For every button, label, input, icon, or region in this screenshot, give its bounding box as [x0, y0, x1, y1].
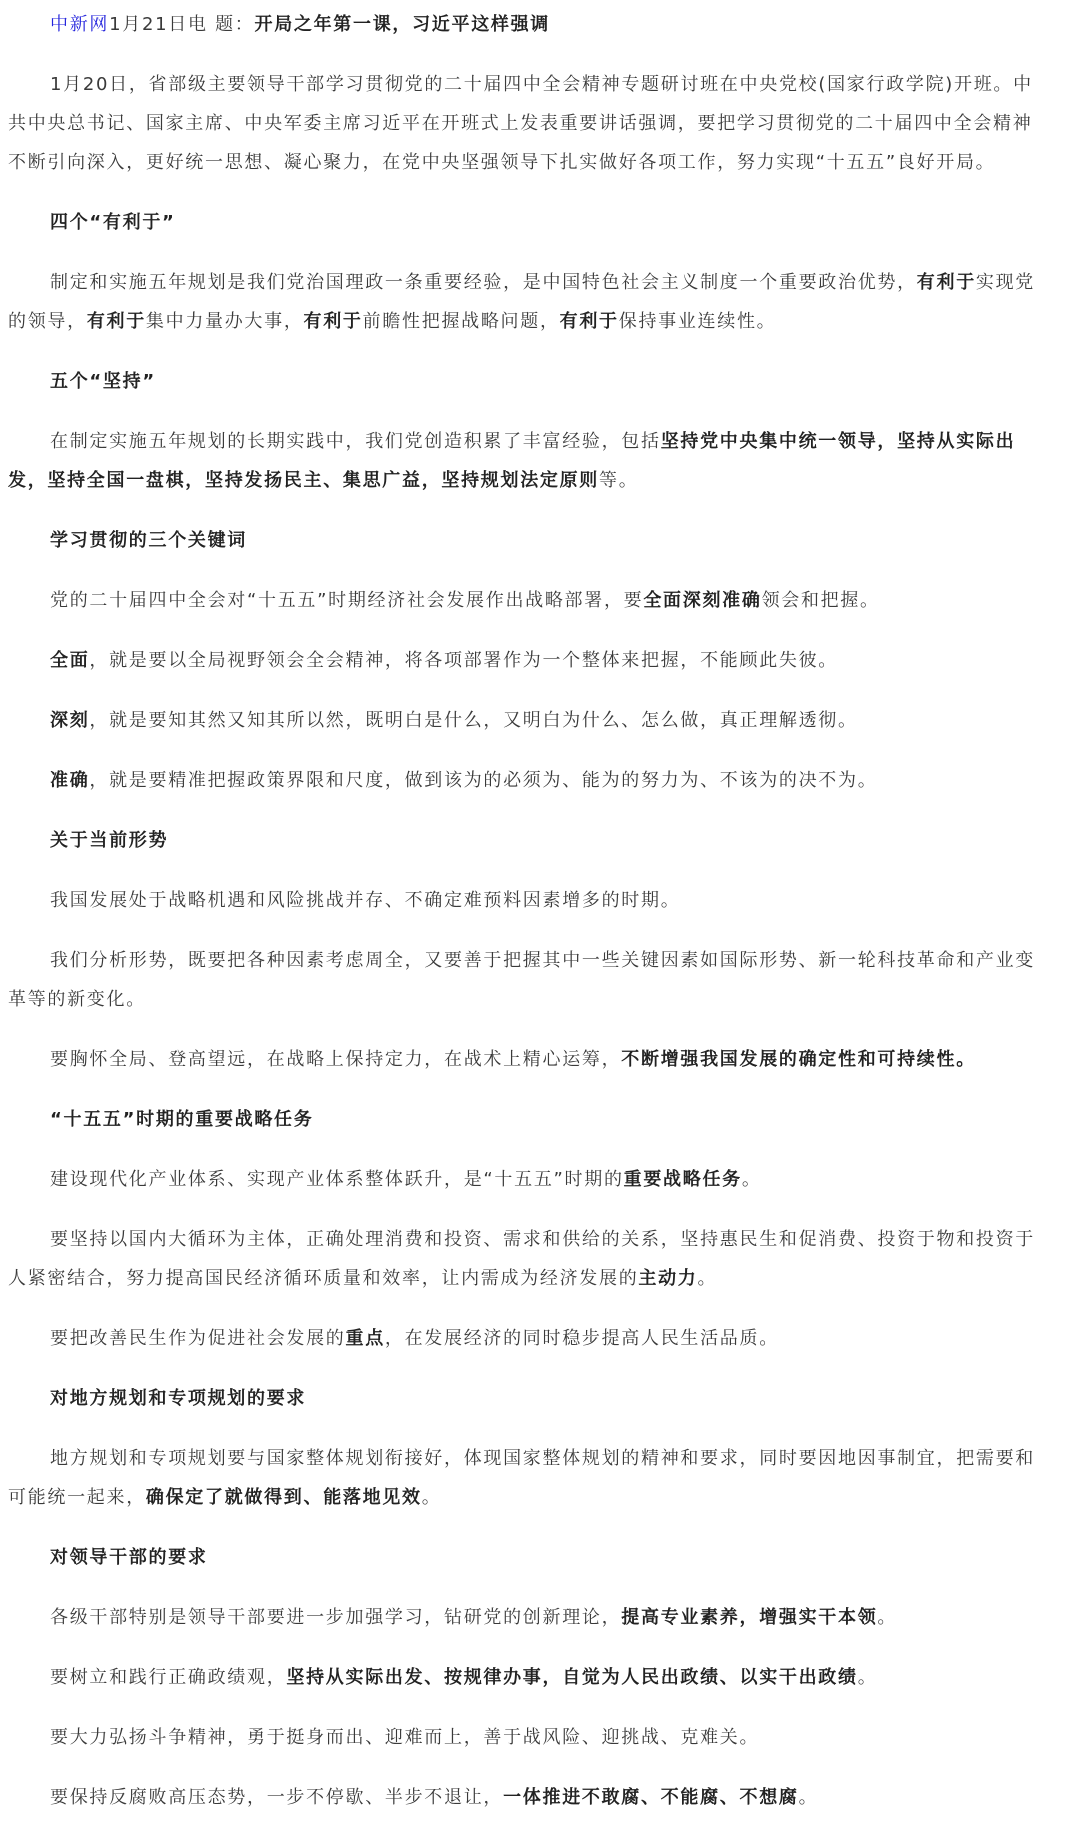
- bold-text: 有利于: [917, 272, 976, 293]
- text-line: 各级干部特别是领导干部要进一步加强学习，钻研党的创新理论，提高专业素养，增强实干…: [8, 1598, 1068, 1637]
- text-run: 保持事业连续性。: [619, 311, 777, 332]
- text-run: ，就是要精准把握政策界限和尺度，做到该为的必须为、能为的努力为、不该为的决不为。: [89, 770, 877, 791]
- text-line: 在制定实施五年规划的长期实践中，我们党创造积累了丰富经验，包括坚持党中央集中统一…: [8, 422, 1068, 461]
- section-heading: 对领导干部的要求: [8, 1538, 1068, 1577]
- text-run: 对地方规划和专项规划的要求: [50, 1388, 306, 1409]
- text-run: “十五五”时期的重要战略任务: [50, 1109, 313, 1130]
- paragraph: 地方规划和专项规划要与国家整体规划衔接好，体现国家整体规划的精神和要求，同时要因…: [8, 1439, 1068, 1517]
- section-heading: 对地方规划和专项规划的要求: [8, 1379, 1068, 1418]
- text-run: 。: [742, 1169, 762, 1190]
- text-run: 可能统一起来，: [8, 1487, 146, 1508]
- dateline-line: 中新网1月21日电 题：开局之年第一课，习近平这样强调: [8, 5, 1068, 44]
- text-run: 党的二十届四中全会对“十五五”时期经济社会发展作出战略部署，要: [50, 590, 643, 611]
- text-line: 我们分析形势，既要把各种因素考虑周全，又要善于把握其中一些关键因素如国际形势、新…: [8, 941, 1068, 980]
- text-run: 实现党: [976, 272, 1035, 293]
- text-line: 要保持反腐败高压态势，一步不停歇、半步不退让，一体推进不敢腐、不能腐、不想腐。: [8, 1778, 1068, 1817]
- text-run: 我们分析形势，既要把各种因素考虑周全，又要善于把握其中一些关键因素如国际形势、新…: [50, 950, 1035, 971]
- text-run: 要保持反腐败高压态势，一步不停歇、半步不退让，: [50, 1787, 503, 1808]
- text-run: 1月20日，省部级主要领导干部学习贯彻党的二十届四中全会精神专题研讨班在中央党校…: [50, 74, 1033, 95]
- paragraph: 要树立和践行正确政绩观，坚持从实际出发、按规律办事，自觉为人民出政绩、以实干出政…: [8, 1658, 1068, 1697]
- paragraph: 要坚持以国内大循环为主体，正确处理消费和投资、需求和供给的关系，坚持惠民生和促消…: [8, 1220, 1068, 1298]
- text-line: 党的二十届四中全会对“十五五”时期经济社会发展作出战略部署，要全面深刻准确领会和…: [8, 581, 1068, 620]
- bold-text: 不断增强我国发展的确定性和可持续性。: [621, 1049, 976, 1070]
- paragraph: 1月20日，省部级主要领导干部学习贯彻党的二十届四中全会精神专题研讨班在中央党校…: [8, 65, 1068, 182]
- article-title: 开局之年第一课，习近平这样强调: [255, 14, 551, 35]
- paragraph: 建设现代化产业体系、实现产业体系整体跃升，是“十五五”时期的重要战略任务。: [8, 1160, 1068, 1199]
- text-run: 在制定实施五年规划的长期实践中，我们党创造积累了丰富经验，包括: [50, 431, 661, 452]
- text-run: 前瞻性把握战略问题，: [363, 311, 560, 332]
- text-run: 要胸怀全局、登高望远，在战略上保持定力，在战术上精心运筹，: [50, 1049, 621, 1070]
- paragraph: 要保持反腐败高压态势，一步不停歇、半步不退让，一体推进不敢腐、不能腐、不想腐。: [8, 1778, 1068, 1817]
- text-run: 地方规划和专项规划要与国家整体规划衔接好，体现国家整体规划的精神和要求，同时要因…: [50, 1448, 1035, 1469]
- bold-text: 重要战略任务: [624, 1169, 742, 1190]
- text-line: 对地方规划和专项规划的要求: [8, 1379, 1068, 1418]
- bold-text: 重点: [346, 1328, 385, 1349]
- text-line: 对领导干部的要求: [8, 1538, 1068, 1577]
- text-run: 要把改善民生作为促进社会发展的: [50, 1328, 346, 1349]
- text-line: 关于当前形势: [8, 821, 1068, 860]
- text-run: 要坚持以国内大循环为主体，正确处理消费和投资、需求和供给的关系，坚持惠民生和促消…: [50, 1229, 1035, 1250]
- text-line: 要大力弘扬斗争精神，勇于挺身而出、迎难而上，善于战风险、迎挑战、克难关。: [8, 1718, 1068, 1757]
- bold-text: 全面: [50, 650, 89, 671]
- text-line: 准确，就是要精准把握政策界限和尺度，做到该为的必须为、能为的努力为、不该为的决不…: [8, 761, 1068, 800]
- bold-text: 确保定了就做得到、能落地见效: [146, 1487, 422, 1508]
- text-run: 要树立和践行正确政绩观，: [50, 1667, 286, 1688]
- text-line: 革等的新变化。: [8, 980, 1068, 1019]
- text-line: “十五五”时期的重要战略任务: [8, 1100, 1068, 1139]
- section-heading: 五个“坚持”: [8, 362, 1068, 401]
- paragraph: 深刻，就是要知其然又知其所以然，既明白是什么，又明白为什么、怎么做，真正理解透彻…: [8, 701, 1068, 740]
- text-run: 四个“有利于”: [50, 212, 176, 233]
- paragraph: 要把改善民生作为促进社会发展的重点，在发展经济的同时稳步提高人民生活品质。: [8, 1319, 1068, 1358]
- text-line: 建设现代化产业体系、实现产业体系整体跃升，是“十五五”时期的重要战略任务。: [8, 1160, 1068, 1199]
- bold-text: 一体推进不敢腐、不能腐、不想腐: [503, 1787, 799, 1808]
- text-run: 等。: [599, 470, 638, 491]
- dateline-date: 1月21日电 题：: [109, 14, 254, 35]
- text-line: 要坚持以国内大循环为主体，正确处理消费和投资、需求和供给的关系，坚持惠民生和促消…: [8, 1220, 1068, 1259]
- section-heading: “十五五”时期的重要战略任务: [8, 1100, 1068, 1139]
- text-line: 要胸怀全局、登高望远，在战略上保持定力，在战术上精心运筹，不断增强我国发展的确定…: [8, 1040, 1068, 1079]
- text-line: 我国发展处于战略机遇和风险挑战并存、不确定难预料因素增多的时期。: [8, 881, 1068, 920]
- text-run: 领会和把握。: [762, 590, 880, 611]
- text-line: 四个“有利于”: [8, 203, 1068, 242]
- bold-text: 发，坚持全国一盘棋，坚持发扬民主、集思广益，坚持规划法定原则: [8, 470, 599, 491]
- text-run: 。: [422, 1487, 442, 1508]
- bold-text: 准确: [50, 770, 89, 791]
- text-run: 。: [799, 1787, 819, 1808]
- section-heading: 四个“有利于”: [8, 203, 1068, 242]
- bold-text: 有利于: [560, 311, 619, 332]
- text-line: 五个“坚持”: [8, 362, 1068, 401]
- text-run: 的领导，: [8, 311, 87, 332]
- text-run: 各级干部特别是领导干部要进一步加强学习，钻研党的创新理论，: [50, 1607, 621, 1628]
- bold-text: 坚持从实际出发、按规律办事，自觉为人民出政绩、以实干出政绩: [286, 1667, 857, 1688]
- text-line: 的领导，有利于集中力量办大事，有利于前瞻性把握战略问题，有利于保持事业连续性。: [8, 302, 1068, 341]
- text-line: 全面，就是要以全局视野领会全会精神，将各项部署作为一个整体来把握，不能顾此失彼。: [8, 641, 1068, 680]
- text-run: 制定和实施五年规划是我们党治国理政一条重要经验，是中国特色社会主义制度一个重要政…: [50, 272, 917, 293]
- text-line: 发，坚持全国一盘棋，坚持发扬民主、集思广益，坚持规划法定原则等。: [8, 461, 1068, 500]
- text-run: 我国发展处于战略机遇和风险挑战并存、不确定难预料因素增多的时期。: [50, 890, 680, 911]
- text-line: 可能统一起来，确保定了就做得到、能落地见效。: [8, 1478, 1068, 1517]
- text-run: 人紧密结合，努力提高国民经济循环质量和效率，让内需成为经济发展的: [8, 1268, 638, 1289]
- text-line: 深刻，就是要知其然又知其所以然，既明白是什么，又明白为什么、怎么做，真正理解透彻…: [8, 701, 1068, 740]
- text-run: 集中力量办大事，: [146, 311, 304, 332]
- text-line: 制定和实施五年规划是我们党治国理政一条重要经验，是中国特色社会主义制度一个重要政…: [8, 263, 1068, 302]
- article-paragraphs: 1月20日，省部级主要领导干部学习贯彻党的二十届四中全会精神专题研讨班在中央党校…: [8, 65, 1068, 1817]
- text-run: 。: [858, 1667, 878, 1688]
- bold-text: 主动力: [638, 1268, 697, 1289]
- text-line: 地方规划和专项规划要与国家整体规划衔接好，体现国家整体规划的精神和要求，同时要因…: [8, 1439, 1068, 1478]
- paragraph: 我们分析形势，既要把各种因素考虑周全，又要善于把握其中一些关键因素如国际形势、新…: [8, 941, 1068, 1019]
- text-line: 不断引向深入，更好统一思想、凝心聚力，在党中央坚强领导下扎实做好各项工作，努力实…: [8, 143, 1068, 182]
- paragraph: 准确，就是要精准把握政策界限和尺度，做到该为的必须为、能为的努力为、不该为的决不…: [8, 761, 1068, 800]
- section-heading: 学习贯彻的三个关键词: [8, 521, 1068, 560]
- text-run: ，就是要以全局视野领会全会精神，将各项部署作为一个整体来把握，不能顾此失彼。: [89, 650, 838, 671]
- text-line: 要把改善民生作为促进社会发展的重点，在发展经济的同时稳步提高人民生活品质。: [8, 1319, 1068, 1358]
- dateline: 中新网1月21日电 题：开局之年第一课，习近平这样强调: [8, 5, 1068, 44]
- paragraph: 各级干部特别是领导干部要进一步加强学习，钻研党的创新理论，提高专业素养，增强实干…: [8, 1598, 1068, 1637]
- text-run: 建设现代化产业体系、实现产业体系整体跃升，是“十五五”时期的: [50, 1169, 624, 1190]
- bold-text: 有利于: [304, 311, 363, 332]
- text-line: 人紧密结合，努力提高国民经济循环质量和效率，让内需成为经济发展的主动力。: [8, 1259, 1068, 1298]
- paragraph: 党的二十届四中全会对“十五五”时期经济社会发展作出战略部署，要全面深刻准确领会和…: [8, 581, 1068, 620]
- paragraph: 要大力弘扬斗争精神，勇于挺身而出、迎难而上，善于战风险、迎挑战、克难关。: [8, 1718, 1068, 1757]
- bold-text: 坚持党中央集中统一领导，坚持从实际出: [661, 431, 1016, 452]
- text-run: 共中央总书记、国家主席、中央军委主席习近平在开班式上发表重要讲话强调，要把学习贯…: [8, 113, 1032, 134]
- source-link[interactable]: 中新网: [50, 14, 109, 35]
- paragraph: 制定和实施五年规划是我们党治国理政一条重要经验，是中国特色社会主义制度一个重要政…: [8, 263, 1068, 341]
- text-line: 1月20日，省部级主要领导干部学习贯彻党的二十届四中全会精神专题研讨班在中央党校…: [8, 65, 1068, 104]
- section-heading: 关于当前形势: [8, 821, 1068, 860]
- text-run: 革等的新变化。: [8, 989, 146, 1010]
- text-run: ，在发展经济的同时稳步提高人民生活品质。: [385, 1328, 779, 1349]
- paragraph: 全面，就是要以全局视野领会全会精神，将各项部署作为一个整体来把握，不能顾此失彼。: [8, 641, 1068, 680]
- text-run: 学习贯彻的三个关键词: [50, 530, 247, 551]
- text-run: 要大力弘扬斗争精神，勇于挺身而出、迎难而上，善于战风险、迎挑战、克难关。: [50, 1727, 759, 1748]
- text-line: 学习贯彻的三个关键词: [8, 521, 1068, 560]
- bold-text: 有利于: [87, 311, 146, 332]
- bold-text: 提高专业素养，增强实干本领: [621, 1607, 877, 1628]
- text-line: 共中央总书记、国家主席、中央军委主席习近平在开班式上发表重要讲话强调，要把学习贯…: [8, 104, 1068, 143]
- text-run: 不断引向深入，更好统一思想、凝心聚力，在党中央坚强领导下扎实做好各项工作，努力实…: [8, 152, 995, 173]
- text-run: 关于当前形势: [50, 830, 168, 851]
- paragraph: 在制定实施五年规划的长期实践中，我们党创造积累了丰富经验，包括坚持党中央集中统一…: [8, 422, 1068, 500]
- bold-text: 深刻: [50, 710, 89, 731]
- text-run: 对领导干部的要求: [50, 1547, 208, 1568]
- paragraph: 要胸怀全局、登高望远，在战略上保持定力，在战术上精心运筹，不断增强我国发展的确定…: [8, 1040, 1068, 1079]
- text-run: 五个“坚持”: [50, 371, 156, 392]
- paragraph: 我国发展处于战略机遇和风险挑战并存、不确定难预料因素增多的时期。: [8, 881, 1068, 920]
- bold-text: 全面深刻准确: [643, 590, 761, 611]
- article-body: 中新网1月21日电 题：开局之年第一课，习近平这样强调 1月20日，省部级主要领…: [8, 5, 1068, 1832]
- text-line: 要树立和践行正确政绩观，坚持从实际出发、按规律办事，自觉为人民出政绩、以实干出政…: [8, 1658, 1068, 1697]
- text-run: ，就是要知其然又知其所以然，既明白是什么，又明白为什么、怎么做，真正理解透彻。: [89, 710, 857, 731]
- text-run: 。: [877, 1607, 897, 1628]
- text-run: 。: [698, 1268, 718, 1289]
